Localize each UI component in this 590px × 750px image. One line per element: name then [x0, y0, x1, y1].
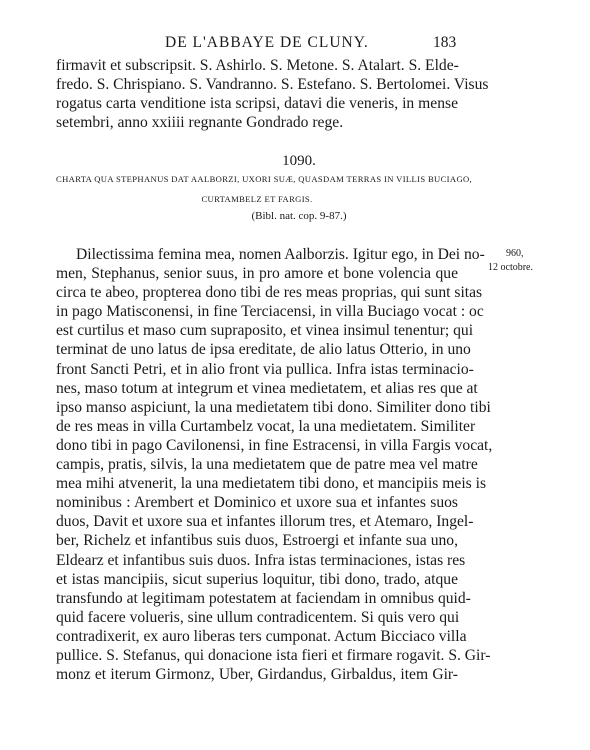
text-line: de res meas in villa Curtambelz vocat, l… — [56, 417, 458, 436]
charter-body: Dilectissima femina mea, nomen Aalborzis… — [56, 245, 458, 684]
previous-charter-ending: firmavit et subscripsit. S. Ashirlo. S. … — [56, 56, 458, 132]
text-line: nominibus : Arembert et Dominico et uxor… — [56, 493, 458, 512]
text-line: men, Stephanus, senior suus, in pro amor… — [56, 264, 458, 283]
text-line: in pago Matisconensi, in fine Terciacens… — [56, 302, 458, 321]
text-line: transfundo at legitimam potestatem at fa… — [56, 589, 458, 608]
text-line: duos, Davit et uxore sua et infantes ill… — [56, 512, 458, 531]
text-line: ber, Richelz et infantibus suis duos, Es… — [56, 531, 458, 550]
text-line: pullice. S. Stefanus, qui donacione ista… — [56, 646, 458, 665]
text-line: quid facere volueris, sine ullum contrad… — [56, 608, 458, 627]
text-line: campis, pratis, silvis, la una medietate… — [56, 455, 458, 474]
charter-number: 1090. — [0, 153, 590, 170]
margin-date-note: 960, 12 octobre. — [488, 247, 568, 275]
margin-date-day: 12 octobre. — [488, 261, 568, 275]
text-line: nes, maso totum at integrum et vinea med… — [56, 379, 458, 398]
text-line: terminat de uno latus de ipsa ereditate,… — [56, 340, 458, 359]
text-line: front Sancti Petri, et in alio front via… — [56, 360, 458, 379]
text-line: ipso manso aspiciunt, la una medietatem … — [56, 398, 458, 417]
source-reference: (Bibl. nat. cop. 9-87.) — [0, 210, 590, 222]
text-line: fredo. S. Chrispiano. S. Vandranno. S. E… — [56, 75, 458, 94]
text-line: et istas mancipiis, sicut superius loqui… — [56, 570, 458, 589]
text-line: Dilectissima femina mea, nomen Aalborzis… — [56, 245, 458, 264]
text-line: monz et iterum Girmonz, Uber, Girdandus,… — [56, 665, 458, 684]
charter-title-line: CHARTA QUA STEPHANUS DAT AALBORZI, UXORI… — [56, 170, 460, 189]
margin-date-year: 960, — [488, 247, 568, 261]
text-line: Eldearz et infantibus suis duos. Infra i… — [56, 551, 458, 570]
text-line: contradixerit, ex auro liberas ters cump… — [56, 627, 458, 646]
running-header: DE L'ABBAYE DE CLUNY. 183 — [0, 34, 590, 54]
text-line: mea mihi atvenerit, la una medietatem ti… — [56, 474, 458, 493]
text-line: circa te abeo, propterea dono tibi de re… — [56, 283, 458, 302]
charter-title-line: CURTAMBELZ ET FARGIS. — [56, 190, 458, 209]
text-line: dono tibi in pago Cavilonensi, in fine E… — [56, 436, 458, 455]
page-number: 183 — [433, 34, 456, 52]
text-line: setembri, anno xxiiii regnante Gondrado … — [56, 113, 458, 132]
document-page: DE L'ABBAYE DE CLUNY. 183 firmavit et su… — [0, 0, 590, 750]
running-title: DE L'ABBAYE DE CLUNY. — [165, 34, 369, 52]
text-line: est curtilus et maso cum supraposito, et… — [56, 321, 458, 340]
text-line: firmavit et subscripsit. S. Ashirlo. S. … — [56, 56, 458, 75]
text-line: rogatus carta venditione ista scripsi, d… — [56, 94, 458, 113]
